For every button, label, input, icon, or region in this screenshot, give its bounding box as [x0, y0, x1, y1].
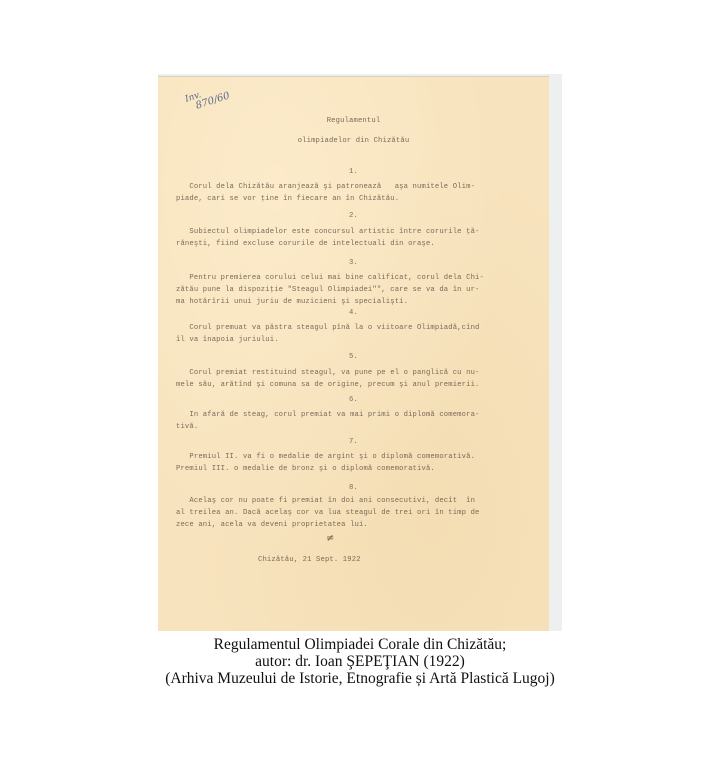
section-text-line: Corul premuat va păstra steagul pînă la …	[176, 322, 480, 334]
section-text-line: Corul dela Chizătău aranjează şi patrone…	[176, 181, 475, 193]
section-number: 6.	[158, 394, 549, 406]
caption-title: Regulamentul Olimpiadei Corale din Chiză…	[0, 636, 720, 653]
section-text-line: zătău pune la dispoziţie "Steagul Olimpi…	[176, 284, 480, 296]
section-number: 5.	[158, 351, 549, 363]
caption-source: (Arhiva Muzeului de Istorie, Etnografie …	[0, 670, 720, 687]
section-text-line: al treilea an. Dacă acelaş cor va lua st…	[176, 507, 480, 519]
section-text-line: mele său, arătînd şi comuna sa de origin…	[176, 379, 480, 391]
section-text-line: răneşti, fiind excluse corurile de intel…	[176, 238, 435, 250]
caption-author: autor: dr. Ioan ŞEPEŢIAN (1922)	[0, 653, 720, 670]
section-text-line: îl va înapoia juriului.	[176, 334, 279, 346]
section-text-line: Acelaş cor nu poate fi premiat în doi an…	[176, 495, 475, 507]
section-text-line: Corul premiat restituind steagul, va pun…	[176, 367, 480, 379]
signature-mark: ≠	[326, 533, 334, 544]
section-number: 1.	[158, 166, 549, 178]
section-text-line: Subiectul olimpiadelor este concursul ar…	[176, 226, 480, 238]
section-text-line: Pentru premierea corului celui mai bine …	[176, 272, 484, 284]
section-number: 4.	[158, 307, 549, 319]
section-number: 8.	[158, 482, 549, 494]
section-number: 3.	[158, 257, 549, 269]
section-text-line: tivă.	[176, 421, 198, 433]
section-text-line: zece ani, acela va deveni proprietatea l…	[176, 519, 368, 531]
document-title-line2: olimpiadelor din Chizătău	[158, 135, 549, 147]
section-text-line: In afară de steag, corul premiat va mai …	[176, 409, 480, 421]
section-text-line: Premiul III. o medalie de bronz şi o dip…	[176, 463, 435, 475]
section-number: 2.	[158, 210, 549, 222]
document-title-line1: Regulamentul	[158, 115, 549, 127]
section-text-line: Premiul II. va fi o medalie de argint şi…	[176, 451, 475, 463]
section-text-line: piade, cari se vor ţine în fiecare an în…	[176, 193, 399, 205]
section-number: 7.	[158, 436, 549, 448]
place-and-date: Chizătău, 21 Sept. 1922	[258, 554, 361, 566]
